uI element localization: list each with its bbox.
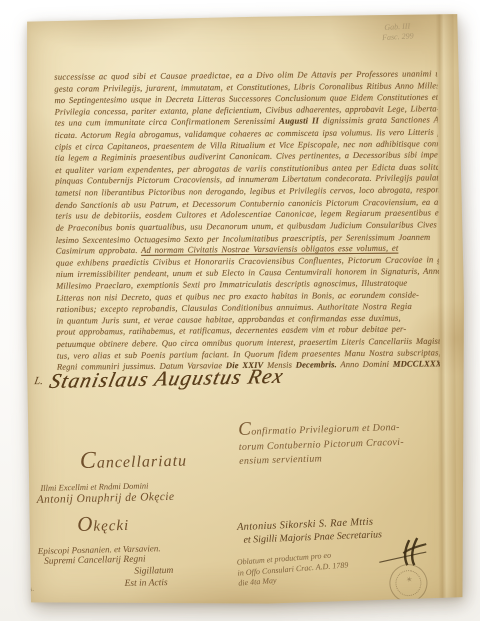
text-segment: Augusti II — [279, 116, 319, 126]
photo-of-manuscript: Gab. III Fasc. 299 successisse ac quod s… — [0, 0, 480, 621]
text-segment: dignissimis grata Sanctiones Authen- — [319, 115, 438, 126]
text-segment: MDCCLXXXI. — [393, 359, 440, 369]
text-segment: tes una cum immunitate circa Confirmatio… — [55, 116, 280, 128]
chancery-attestation-block: CancellariatuIllmi Excellmi et Rndmi Dom… — [36, 444, 254, 591]
corner-pencil-mark: s. — [29, 585, 35, 594]
parchment-shadow-wrap: Gab. III Fasc. 299 successisse ac quod s… — [26, 14, 464, 606]
parchment-sheet: Gab. III Fasc. 299 successisse ac quod s… — [24, 13, 465, 607]
text-segment: Casimirum approbata. — [56, 245, 141, 256]
secretary-attestation-block: Antonius Sikorski S. Rae Mttiset Sigilli… — [237, 513, 468, 546]
text-line: Okęcki — [77, 508, 253, 537]
archival-pencil-note: Gab. III Fasc. 299 — [362, 20, 433, 44]
text-segment: Anno Domini — [337, 359, 393, 369]
text-line: Sigillatum — [134, 564, 253, 577]
text-line: Est in Actis — [124, 576, 253, 589]
confirmatio-docket-title: Confirmatio Privilegiorum et Dona-torum … — [238, 416, 464, 470]
text-segment: Decembris. — [296, 359, 337, 369]
signature-paraph-mark: L. — [33, 375, 44, 387]
royal-signature: Stanislaus Augustus Rex — [47, 364, 286, 394]
manuscript-body-text: successisse ac quod sibi et Causae praed… — [54, 68, 440, 373]
text-line: Cancellariatu — [79, 444, 251, 475]
